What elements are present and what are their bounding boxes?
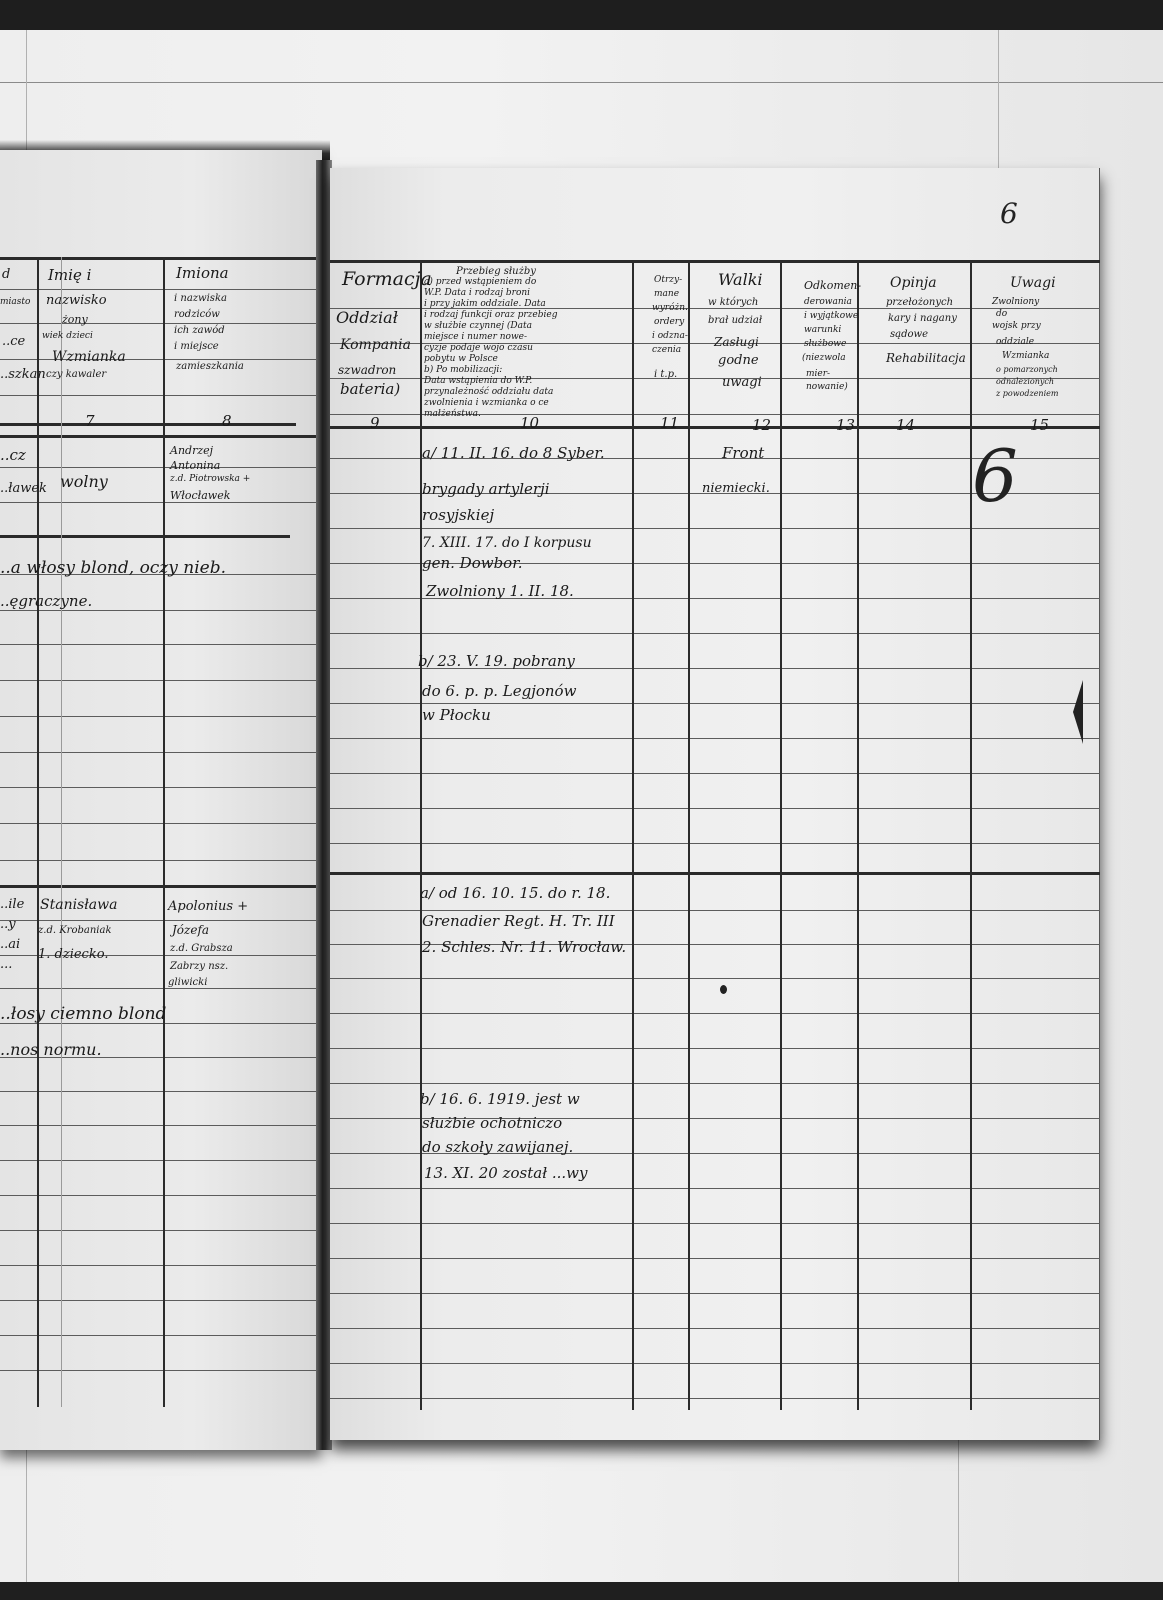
col15-header: Wzmianka [1002, 352, 1049, 361]
col8-header: zamieszkania [176, 362, 244, 372]
col10-header: b) Po mobilizacji: [424, 366, 502, 375]
col14-number: 14 [896, 418, 915, 433]
record2-service-a: 2. Schles. Nr. 11. Wrocław. [422, 940, 626, 955]
col13-header: służbowe [804, 340, 846, 349]
col15-header: do [996, 310, 1007, 319]
col7-header: Imię i [48, 268, 91, 283]
col7-header: żony [62, 314, 88, 325]
col14-header: przełożonych [886, 298, 953, 308]
col10-header: pobytu w Polsce [424, 355, 498, 364]
col13-header: nowanie) [806, 383, 848, 392]
col10-header: przynależność oddziału data [424, 388, 553, 397]
record1-col7: wolny [60, 474, 108, 490]
col15-number: 15 [1030, 418, 1049, 433]
record1-service-b: b/ 23. V. 19. pobrany [418, 654, 575, 669]
record2-partial: ..ai [0, 938, 20, 951]
record2-col8: z.d. Grabsza [170, 944, 233, 954]
col10-header: W.P. Data i rodzaj broni [424, 289, 530, 298]
col15-header: Uwagi [1010, 276, 1056, 290]
record1-col8: Andrzej [170, 445, 213, 456]
col9-header: Formacja [342, 270, 432, 289]
record2-service-a: a/ od 16. 10. 15. do r. 18. [420, 886, 610, 901]
col11-header: Otrzy- [654, 276, 682, 285]
page-tab-marker [1073, 680, 1083, 744]
record2-col8: Apolonius + [168, 900, 248, 913]
record1-col8: z.d. Piotrowska + [170, 475, 250, 484]
col12-header: uwagi [722, 376, 762, 389]
col11-header: mane [654, 290, 679, 299]
col15-header: Zwolniony [992, 298, 1039, 307]
col8-header: rodziców [174, 310, 220, 320]
record1-partial: ..ławek [0, 482, 47, 495]
left-page [0, 150, 322, 1450]
record1-col8: Włocławek [170, 490, 230, 501]
col8-number: 8 [222, 414, 232, 429]
col9-header: Oddział [336, 310, 398, 326]
record2-col8: Zabrzy nsz. [170, 962, 228, 972]
record1-service-b: do 6. p. p. Legjonów [422, 684, 576, 699]
col10-header: Przebieg służby [456, 267, 536, 277]
col10-number: 10 [520, 416, 539, 431]
col14-header: kary i nagany [888, 314, 957, 324]
col15-header: oddziale [996, 338, 1034, 347]
col15-header: z powodzeniem [996, 390, 1058, 398]
col10-header: miejsce i numer nowe- [424, 333, 527, 342]
record1-service-a: a/ 11. II. 16. do 8 Syber. [422, 446, 605, 461]
col12-header: godne [718, 354, 759, 367]
record1-service-a: 7. XIII. 17. do I korpusu [422, 536, 592, 550]
col15-header: odnalezionych [996, 378, 1054, 386]
record2-service-a: Grenadier Regt. H. Tr. III [422, 914, 615, 929]
col13-header: derowania [804, 298, 852, 307]
col12-header: w których [708, 298, 758, 308]
col10-header: zwolnienia i wzmianka o ce [424, 399, 549, 408]
page-number: 6 [1000, 200, 1018, 228]
col13-header: Odkomen- [804, 280, 861, 291]
col10-header: i przy jakim oddziale. Data [424, 300, 546, 309]
col9-header: szwadron [338, 364, 396, 376]
col15-header: wojsk przy [992, 322, 1041, 331]
col7-header: czy kawaler [46, 370, 106, 380]
record1-service-a: rosyjskiej [422, 508, 494, 523]
col12-header: Zasługi [714, 336, 759, 348]
scan-top-border [0, 0, 1163, 30]
col7-header: Wzmianka [52, 350, 126, 364]
col14-header: sądowe [890, 330, 928, 340]
record2-col7: z.d. Krobaniak [38, 926, 112, 936]
record2-col7: Stanisława [40, 898, 117, 912]
col13-header: i wyjątkowe [804, 312, 858, 321]
record2-partial: ..y [0, 918, 16, 931]
record2-partial: ..ile [0, 898, 24, 911]
record1-description: ..ęgraczyne. [0, 594, 92, 609]
record2-col8: Józefa [172, 924, 209, 936]
left-header-partial: miasto [0, 298, 30, 307]
left-header-partial: ..ce [2, 335, 25, 348]
col10-header: w służbie czynnej (Data [424, 322, 532, 331]
col13-number: 13 [836, 418, 855, 433]
col11-header: ordery [654, 318, 684, 327]
col11-header: czenia [652, 346, 681, 355]
col12-number: 12 [752, 418, 771, 433]
col10-header: i rodzaj funkcji oraz przebieg [424, 311, 557, 320]
col8-header: ich zawód [174, 326, 225, 336]
background-rule [0, 82, 1163, 83]
col14-header: Opinja [890, 276, 937, 290]
col7-number: 7 [85, 414, 95, 429]
col14-header: Rehabilitacja [886, 352, 966, 364]
record2-service-b: do szkoły zawijanej. [422, 1140, 573, 1155]
record1-col8: Antonina [170, 460, 220, 471]
ink-blot [720, 985, 727, 994]
left-header-partial: d [2, 268, 10, 281]
col11-header: i odzna- [652, 332, 688, 341]
left-header-partial: ..szkan [0, 368, 46, 381]
record2-description: ..łosy ciemno blond [0, 1006, 166, 1023]
record1-service-a: gen. Dowbor. [422, 556, 523, 571]
scan-bottom-border [0, 1582, 1163, 1600]
background-margin-line [998, 30, 999, 170]
record2-col8: gliwicki [168, 978, 207, 988]
col9-number: 9 [370, 416, 380, 431]
record1-service-a: Zwolniony 1. II. 18. [426, 584, 574, 599]
col11-header: wyróżn. [652, 304, 688, 313]
col11-header: i t.p. [654, 370, 677, 380]
col15-header: o pomarzonych [996, 366, 1058, 374]
record1-description: ..a włosy blond, oczy nieb. [0, 560, 226, 577]
record2-col7: 1. dziecko. [38, 948, 108, 961]
col9-header: bateria) [340, 382, 400, 397]
record1-partial: ..cz [0, 448, 26, 463]
col11-number: 11 [660, 416, 679, 431]
record1-battles: niemiecki. [702, 482, 770, 495]
large-page-number: 6 [972, 440, 1018, 512]
col8-header: i miejsce [174, 342, 219, 352]
col13-header: warunki [804, 326, 841, 335]
col7-header: wiek dzieci [42, 332, 93, 341]
record2-service-b: b/ 16. 6. 1919. jest w [420, 1092, 580, 1107]
col13-header: (niezwola [802, 354, 846, 363]
record2-description: ..nos normu. [0, 1042, 102, 1058]
record2-service-b: 13. XI. 20 został ...wy [424, 1166, 587, 1181]
col8-header: Imiona [176, 266, 229, 281]
col13-header: mier- [806, 370, 830, 379]
record1-battles: Front [722, 446, 764, 461]
col8-header: i nazwiska [174, 294, 227, 304]
col10-header: a) przed wstąpieniem do [424, 278, 536, 287]
background-margin-line [958, 1440, 959, 1582]
col12-header: brał udział [708, 316, 762, 326]
record1-service-a: brygady artylerji [422, 482, 550, 497]
col10-header: Data wstąpienia do W.P. [424, 377, 532, 386]
record1-service-b: w Płocku [422, 708, 491, 723]
col9-header: Kompania [340, 338, 411, 352]
col12-header: Walki [718, 272, 763, 288]
col10-header: cyzje podaje wojo czasu [424, 344, 533, 353]
record2-partial: ... [0, 958, 12, 971]
record2-service-b: służbie ochotniczo [422, 1116, 562, 1131]
col7-header: nazwisko [46, 294, 107, 307]
col10-header: małżeństwa. [424, 410, 481, 419]
